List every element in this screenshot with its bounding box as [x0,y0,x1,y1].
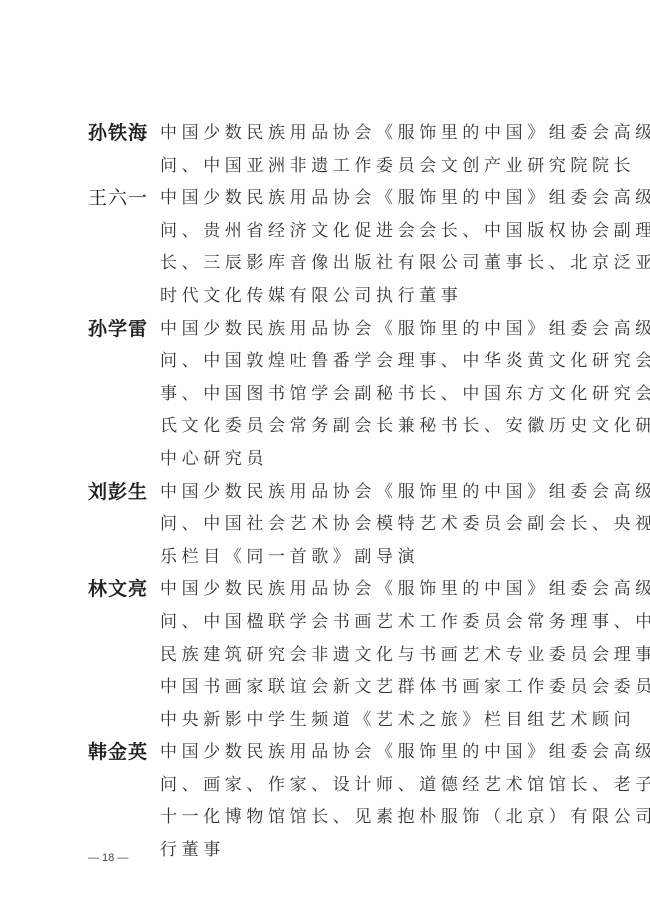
description-line: 行董事 [160,834,560,867]
member-description: 中国少数民族用品协会《服饰里的中国》组委会高级顾 问、画家、作家、设计师、道德经… [160,736,560,866]
member-name: 刘彭生 [88,476,160,509]
description-line: 中国少数民族用品协会《服饰里的中国》组委会高级顾 [160,573,560,606]
description-line: 中心研究员 [160,443,560,476]
member-name: 孙铁海 [88,117,160,150]
member-entry: 刘彭生 中国少数民族用品协会《服饰里的中国》组委会高级顾 问、中国社会艺术协会模… [88,476,568,574]
member-description: 中国少数民族用品协会《服饰里的中国》组委会高级顾 问、中国楹联学会书画艺术工作委… [160,573,560,736]
description-line: 问、中国敦煌吐鲁番学会理事、中华炎黄文化研究会理 [160,345,560,378]
description-line: 问、贵州省经济文化促进会会长、中国版权协会副理事 [160,215,560,248]
description-line: 问、中国楹联学会书画艺术工作委员会常务理事、中国 [160,606,560,639]
description-line: 乐栏目《同一首歌》副导演 [160,541,560,574]
description-line: 中国少数民族用品协会《服饰里的中国》组委会高级顾 [160,476,560,509]
description-line: 时代文化传媒有限公司执行董事 [160,280,560,313]
description-line: 中国少数民族用品协会《服饰里的中国》组委会高级顾 [160,117,560,150]
description-line: 中国少数民族用品协会《服饰里的中国》组委会高级顾 [160,182,560,215]
member-entry: 王六一 中国少数民族用品协会《服饰里的中国》组委会高级顾 问、贵州省经济文化促进… [88,182,568,312]
description-line: 氏文化委员会常务副会长兼秘书长、安徽历史文化研究 [160,410,560,443]
member-list: 孙铁海 中国少数民族用品协会《服饰里的中国》组委会高级顾 问、中国亚洲非遗工作委… [88,117,568,867]
member-description: 中国少数民族用品协会《服饰里的中国》组委会高级顾 问、中国亚洲非遗工作委员会文创… [160,117,560,182]
member-entry: 林文亮 中国少数民族用品协会《服饰里的中国》组委会高级顾 问、中国楹联学会书画艺… [88,573,568,736]
page-number: — 18 — [88,852,128,864]
member-entry: 韩金英 中国少数民族用品协会《服饰里的中国》组委会高级顾 问、画家、作家、设计师… [88,736,568,866]
description-line: 民族建筑研究会非遗文化与书画艺术专业委员会理事、 [160,639,560,672]
description-line: 事、中国图书馆学会副秘书长、中国东方文化研究会姓 [160,378,560,411]
member-name: 林文亮 [88,573,160,606]
description-line: 长、三辰影库音像出版社有限公司董事长、北京泛亚新 [160,247,560,280]
description-line: 中国少数民族用品协会《服饰里的中国》组委会高级顾 [160,736,560,769]
description-line: 问、中国社会艺术协会模特艺术委员会副会长、央视音 [160,508,560,541]
description-line: 中国书画家联谊会新文艺群体书画家工作委员会委员、 [160,671,560,704]
description-line: 问、中国亚洲非遗工作委员会文创产业研究院院长 [160,150,560,183]
member-name: 韩金英 [88,736,160,769]
member-name: 孙学雷 [88,313,160,346]
description-line: 中国少数民族用品协会《服饰里的中国》组委会高级顾 [160,313,560,346]
member-description: 中国少数民族用品协会《服饰里的中国》组委会高级顾 问、中国社会艺术协会模特艺术委… [160,476,560,574]
member-description: 中国少数民族用品协会《服饰里的中国》组委会高级顾 问、中国敦煌吐鲁番学会理事、中… [160,313,560,476]
member-name: 王六一 [88,182,160,215]
member-entry: 孙学雷 中国少数民族用品协会《服饰里的中国》组委会高级顾 问、中国敦煌吐鲁番学会… [88,313,568,476]
description-line: 十一化博物馆馆长、见素抱朴服饰（北京）有限公司执 [160,801,560,834]
member-description: 中国少数民族用品协会《服饰里的中国》组委会高级顾 问、贵州省经济文化促进会会长、… [160,182,560,312]
description-line: 问、画家、作家、设计师、道德经艺术馆馆长、老子八 [160,769,560,802]
member-entry: 孙铁海 中国少数民族用品协会《服饰里的中国》组委会高级顾 问、中国亚洲非遗工作委… [88,117,568,182]
description-line: 中央新影中学生频道《艺术之旅》栏目组艺术顾问 [160,704,560,737]
